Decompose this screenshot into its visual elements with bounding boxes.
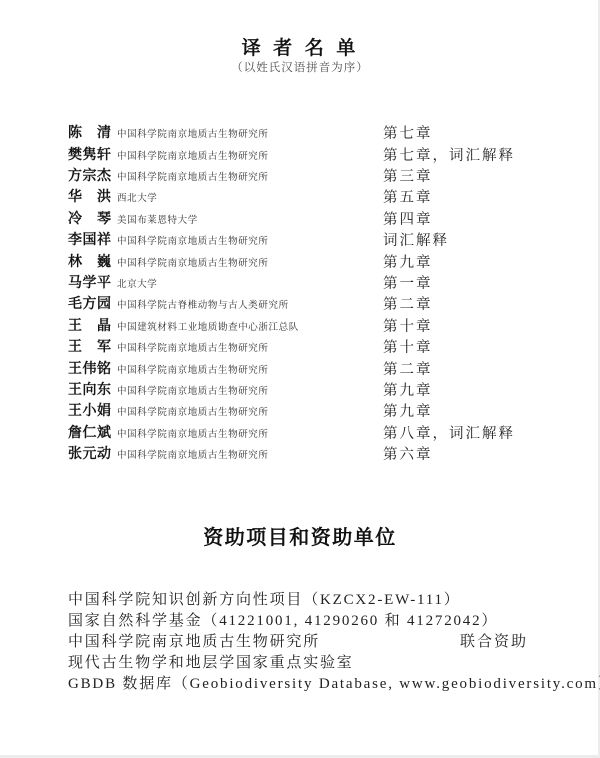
translator-affiliation: 中国科学院南京地质古生物研究所 xyxy=(115,169,269,183)
translator-chapters: 第九章 xyxy=(383,379,433,400)
translator-row: 方宗杰 中国科学院南京地质古生物研究所 第三章 xyxy=(68,165,543,186)
translator-name: 王小娟 xyxy=(68,400,115,420)
translator-affiliation: 中国科学院南京地质古生物研究所 xyxy=(115,233,269,247)
translator-row: 詹仁斌 中国科学院南京地质古生物研究所 第八章，词汇解释 xyxy=(68,422,543,443)
funding-joint-label: 联合资助 xyxy=(460,630,528,651)
translator-affiliation: 美国布莱恩特大学 xyxy=(115,212,198,226)
translator-chapters: 第四章 xyxy=(383,208,433,229)
translator-affiliation: 中国科学院南京地质古生物研究所 xyxy=(115,426,269,440)
translator-chapters: 第五章 xyxy=(383,186,433,207)
translator-row: 王伟铭 中国科学院南京地质古生物研究所 第二章 xyxy=(68,358,543,379)
translator-affiliation: 中国科学院南京地质古生物研究所 xyxy=(115,148,269,162)
translator-row: 华 洪 西北大学 第五章 xyxy=(68,186,543,207)
translator-name: 马学平 xyxy=(68,272,115,292)
funding-line: 中国科学院南京地质古生物研究所 联合资助 xyxy=(68,630,528,651)
translator-row: 王小娟 中国科学院南京地质古生物研究所 第九章 xyxy=(68,400,543,421)
translator-affiliation: 中国科学院南京地质古生物研究所 xyxy=(115,404,269,418)
translator-chapters: 词汇解释 xyxy=(383,229,449,250)
translator-chapters: 第二章 xyxy=(383,358,433,379)
translator-name: 华 洪 xyxy=(68,186,115,206)
translator-row: 冷 琴 美国布莱恩特大学 第四章 xyxy=(68,208,543,229)
translator-chapters: 第九章 xyxy=(383,251,433,272)
funding-line-text: 现代古生物学和地层学国家重点实验室 xyxy=(68,651,354,672)
translator-chapters: 第八章，词汇解释 xyxy=(383,422,515,443)
funding-line-text: GBDB 数据库（Geobiodiversity Database, www.g… xyxy=(68,672,600,693)
funding-line-text: 中国科学院南京地质古生物研究所 xyxy=(68,630,320,651)
translator-name: 李国祥 xyxy=(68,229,115,249)
translator-chapters: 第六章 xyxy=(383,443,433,464)
translator-chapters: 第七章 xyxy=(383,122,433,143)
translator-affiliation: 中国科学院南京地质古生物研究所 xyxy=(115,447,269,461)
translator-name: 冷 琴 xyxy=(68,208,115,228)
translator-name: 樊隽轩 xyxy=(68,144,115,164)
translator-name: 毛方园 xyxy=(68,293,115,313)
translator-row: 张元动 中国科学院南京地质古生物研究所 第六章 xyxy=(68,443,543,464)
translator-affiliation: 北京大学 xyxy=(115,276,157,290)
translator-chapters: 第十章 xyxy=(383,315,433,336)
translator-affiliation: 中国科学院南京地质古生物研究所 xyxy=(115,340,269,354)
translator-chapters: 第二章 xyxy=(383,293,433,314)
document-page: 译 者 名 单 （以姓氏汉语拼音为序） 陈 清 中国科学院南京地质古生物研究所 … xyxy=(0,0,600,758)
translator-row: 王 晶 中国建筑材料工业地质勘查中心浙江总队 第十章 xyxy=(68,315,543,336)
translator-name: 王向东 xyxy=(68,379,115,399)
translator-name: 王伟铭 xyxy=(68,358,115,378)
translator-affiliation: 中国科学院南京地质古生物研究所 xyxy=(115,126,269,140)
translator-chapters: 第九章 xyxy=(383,400,433,421)
page-title: 译 者 名 单 xyxy=(0,36,600,61)
funding-line: 国家自然科学基金（41221001, 41290260 和 41272042） xyxy=(68,609,528,630)
translator-name: 陈 清 xyxy=(68,122,115,142)
translator-row: 王 军 中国科学院南京地质古生物研究所 第十章 xyxy=(68,336,543,357)
funding-section-title: 资助项目和资助单位 xyxy=(0,524,600,550)
funding-line: GBDB 数据库（Geobiodiversity Database, www.g… xyxy=(68,672,528,693)
translator-affiliation: 中国建筑材料工业地质勘查中心浙江总队 xyxy=(115,319,299,333)
translator-name: 林 巍 xyxy=(68,251,115,271)
translator-affiliation: 中国科学院南京地质古生物研究所 xyxy=(115,255,269,269)
translator-row: 毛方园 中国科学院古脊椎动物与古人类研究所 第二章 xyxy=(68,293,543,314)
funding-line: 现代古生物学和地层学国家重点实验室 xyxy=(68,651,528,672)
translator-row: 林 巍 中国科学院南京地质古生物研究所 第九章 xyxy=(68,251,543,272)
translator-row: 王向东 中国科学院南京地质古生物研究所 第九章 xyxy=(68,379,543,400)
translator-row: 樊隽轩 中国科学院南京地质古生物研究所 第七章，词汇解释 xyxy=(68,144,543,165)
translator-affiliation: 中国科学院南京地质古生物研究所 xyxy=(115,362,269,376)
translator-row: 马学平 北京大学 第一章 xyxy=(68,272,543,293)
funding-list: 中国科学院知识创新方向性项目（KZCX2-EW-111） 国家自然科学基金（41… xyxy=(68,588,528,693)
translator-chapters: 第一章 xyxy=(383,272,433,293)
translator-name: 方宗杰 xyxy=(68,165,115,185)
translator-affiliation: 西北大学 xyxy=(115,190,157,204)
translator-list: 陈 清 中国科学院南京地质古生物研究所 第七章 樊隽轩 中国科学院南京地质古生物… xyxy=(68,122,543,464)
translator-affiliation: 中国科学院南京地质古生物研究所 xyxy=(115,383,269,397)
translator-chapters: 第三章 xyxy=(383,165,433,186)
page-subtitle: （以姓氏汉语拼音为序） xyxy=(0,61,600,77)
funding-line: 中国科学院知识创新方向性项目（KZCX2-EW-111） xyxy=(68,588,528,609)
translator-chapters: 第十章 xyxy=(383,336,433,357)
funding-line-text: 中国科学院知识创新方向性项目（KZCX2-EW-111） xyxy=(68,588,461,609)
translator-chapters: 第七章，词汇解释 xyxy=(383,144,515,165)
funding-line-text: 国家自然科学基金（41221001, 41290260 和 41272042） xyxy=(68,609,498,630)
translator-name: 王 军 xyxy=(68,336,115,356)
translator-name: 张元动 xyxy=(68,443,115,463)
translator-affiliation: 中国科学院古脊椎动物与古人类研究所 xyxy=(115,297,289,311)
translator-row: 陈 清 中国科学院南京地质古生物研究所 第七章 xyxy=(68,122,543,143)
translator-name: 王 晶 xyxy=(68,315,115,335)
translator-row: 李国祥 中国科学院南京地质古生物研究所 词汇解释 xyxy=(68,229,543,250)
translator-name: 詹仁斌 xyxy=(68,422,115,442)
